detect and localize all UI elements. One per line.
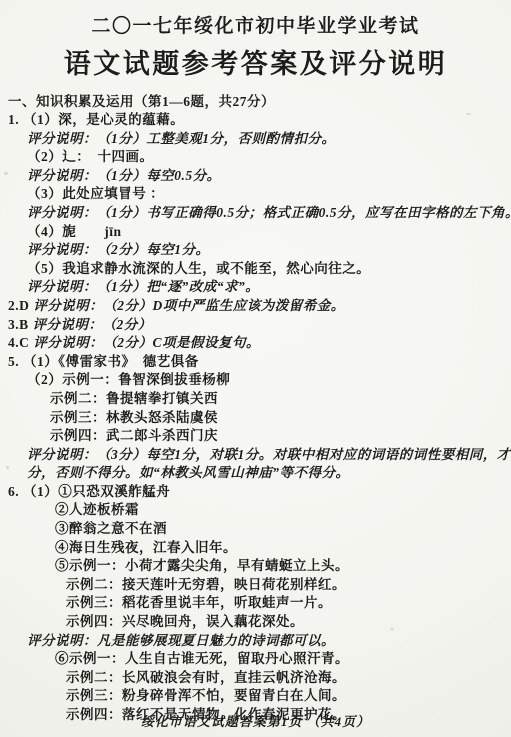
answer-text: 评分说明：（1分）书写正确得0.5分；格式正确0.5分，应写在田字格的左下角。 [27, 205, 511, 220]
scan-speckle [466, 113, 471, 115]
answer-line: （2）辶： 十四画。 [0, 148, 511, 167]
answer-line: 评分说明：（3分）每空1分，对联1分。对联中相对应的词语的词性要相同，才能得 [0, 446, 511, 465]
answer-line: 1. （1）深，是心灵的蕴藉。 [0, 111, 511, 130]
answer-text: 分，否则不得分。如“林教头风雪山神庙”等不得分。 [27, 465, 350, 480]
answer-line: ③醉翁之意不在酒 [0, 520, 511, 539]
answer-text: 示例二：接天莲叶无穷碧，映日荷花别样红。 [66, 577, 346, 592]
answer-text: 评分说明：（2分） [33, 317, 152, 332]
answer-text: （5）我追求静水流深的人生，或不能至，然心向往之。 [27, 261, 370, 276]
answer-text: 评分说明：（3分）每空1分，对联1分。对联中相对应的词语的词性要相同，才能得 [27, 447, 511, 462]
answer-text: ③醉翁之意不在酒 [55, 521, 167, 536]
answer-text: 6. （1）①只恐双溪舴艋舟 [8, 484, 170, 499]
answer-text: （2）辶： 十四画。 [27, 149, 154, 164]
answer-text: 评分说明：（1分）工整美观1分，否则酌情扣分。 [27, 131, 336, 146]
answer-line: ④海日生残夜，江春入旧年。 [0, 539, 511, 558]
answer-line: 示例二：接天莲叶无穷碧，映日荷花别样红。 [0, 576, 511, 595]
answer-text: 评分说明：（1分）把“逐”改成“求”。 [27, 279, 259, 294]
answer-text: 示例三：林教头怒杀陆虞侯 [50, 410, 218, 425]
answer-text: 示例二：鲁提辖拳打镇关西 [50, 391, 218, 406]
answer-line: 评分说明：（1分）每空0.5分。 [0, 167, 511, 186]
answer-text: 评分说明：凡是能够展现夏日魅力的诗词都可以。 [27, 633, 335, 648]
question-number: 3.B [8, 317, 33, 332]
answer-line: （5）我追求静水流深的人生，或不能至，然心向往之。 [0, 260, 511, 279]
answer-text: ④海日生残夜，江春入旧年。 [55, 540, 237, 555]
answer-text: ⑤示例一：小荷才露尖尖角，早有蜻蜓立上头。 [55, 558, 349, 573]
answer-line: 评分说明：凡是能够展现夏日魅力的诗词都可以。 [0, 632, 511, 651]
question-number: 2.D [8, 298, 33, 313]
answer-line: ⑥示例一：人生自古谁无死，留取丹心照汗青。 [0, 650, 511, 669]
answer-line: 评分说明：（2分）每空1分。 [0, 241, 511, 260]
answer-line: ⑤示例一：小荷才露尖尖角，早有蜻蜓立上头。 [0, 557, 511, 576]
answer-line: 分，否则不得分。如“林教头风雪山神庙”等不得分。 [0, 464, 511, 483]
answer-text: 示例四：兴尽晚回舟，误入藕花深处。 [66, 614, 304, 629]
answer-text: （4）旎 jīn [27, 224, 122, 239]
answer-line: 示例四：兴尽晚回舟，误入藕花深处。 [0, 613, 511, 632]
page-title: 语文试题参考答案及评分说明 [0, 42, 511, 81]
answer-text: 示例三：稻花香里说丰年，听取蛙声一片。 [66, 595, 332, 610]
section-heading: 一、知识积累及运用（第1—6题，共27分） [8, 90, 503, 110]
answer-line: （3）此处应填冒号 ： [0, 185, 511, 204]
answer-text: 示例三：粉身碎骨浑不怕，要留青白在人间。 [66, 688, 346, 703]
answer-line: 评分说明：（1分）工整美观1分，否则酌情扣分。 [0, 130, 511, 149]
answer-line: ②人迹板桥霜 [0, 501, 511, 520]
answer-line: 5. （1）《傅雷家书》 德艺俱备 [0, 353, 511, 372]
answer-line: 4.C 评分说明：（2分）C项是假设复句。 [0, 334, 511, 353]
answer-text: 示例二：长风破浪会有时，直挂云帆济沧海。 [66, 670, 346, 685]
answer-line: 示例四：武二郎斗杀西门庆 [0, 427, 511, 446]
scanned-answer-page: 二〇一七年绥化市初中毕业学业考试 语文试题参考答案及评分说明 一、知识积累及运用… [0, 0, 511, 737]
answer-line: 示例三：稻花香里说丰年，听取蛙声一片。 [0, 594, 511, 613]
question-number: 4.C [8, 335, 33, 350]
answer-line: 评分说明：（1分）把“逐”改成“求”。 [0, 278, 511, 297]
answer-line: 评分说明：（1分）书写正确得0.5分；格式正确0.5分，应写在田字格的左下角。 [0, 204, 511, 223]
answer-text: 评分说明：（2分）C项是假设复句。 [33, 335, 260, 350]
answer-line: 示例二：鲁提辖拳打镇关西 [0, 390, 511, 409]
answer-line: （2）示例一：鲁智深倒拔垂杨柳 [0, 371, 511, 390]
answer-line: 示例三：林教头怒杀陆虞侯 [0, 409, 511, 428]
answer-line: （4）旎 jīn [0, 223, 511, 242]
answer-text: （3）此处应填冒号 ： [27, 186, 164, 201]
answer-text: 评分说明：（1分）每空0.5分。 [27, 168, 221, 183]
answer-text: 示例四：武二郎斗杀西门庆 [50, 428, 218, 443]
answer-text: （2）示例一：鲁智深倒拔垂杨柳 [27, 372, 230, 387]
scan-speckle [390, 628, 394, 630]
answer-line: 3.B 评分说明：（2分） [0, 316, 511, 335]
answer-line: 6. （1）①只恐双溪舴艋舟 [0, 483, 511, 502]
scan-speckle [4, 172, 8, 175]
scan-speckle [6, 466, 9, 469]
answer-text: 评分说明：（2分）每空1分。 [27, 242, 210, 257]
answer-text: 评分说明：（2分）D项中严监生应该为泼留希金。 [33, 298, 345, 313]
answer-text: 5. （1）《傅雷家书》 德艺俱备 [8, 354, 199, 369]
answer-line: 示例二：长风破浪会有时，直挂云帆济沧海。 [0, 669, 511, 688]
exam-title: 二〇一七年绥化市初中毕业学业考试 [0, 0, 511, 38]
answer-line: 2.D 评分说明：（2分）D项中严监生应该为泼留希金。 [0, 297, 511, 316]
answer-lines: 1. （1）深，是心灵的蕴藉。评分说明：（1分）工整美观1分，否则酌情扣分。（2… [0, 111, 511, 725]
answer-line: 示例三：粉身碎骨浑不怕，要留青白在人间。 [0, 687, 511, 706]
answer-text: 1. （1）深，是心灵的蕴藉。 [8, 112, 184, 127]
answer-text: ②人迹板桥霜 [55, 502, 139, 517]
answer-text: ⑥示例一：人生自古谁无死，留取丹心照汗青。 [55, 651, 349, 666]
page-footer: 绥化市语文试题答案第1页 （共4页） [0, 711, 511, 730]
